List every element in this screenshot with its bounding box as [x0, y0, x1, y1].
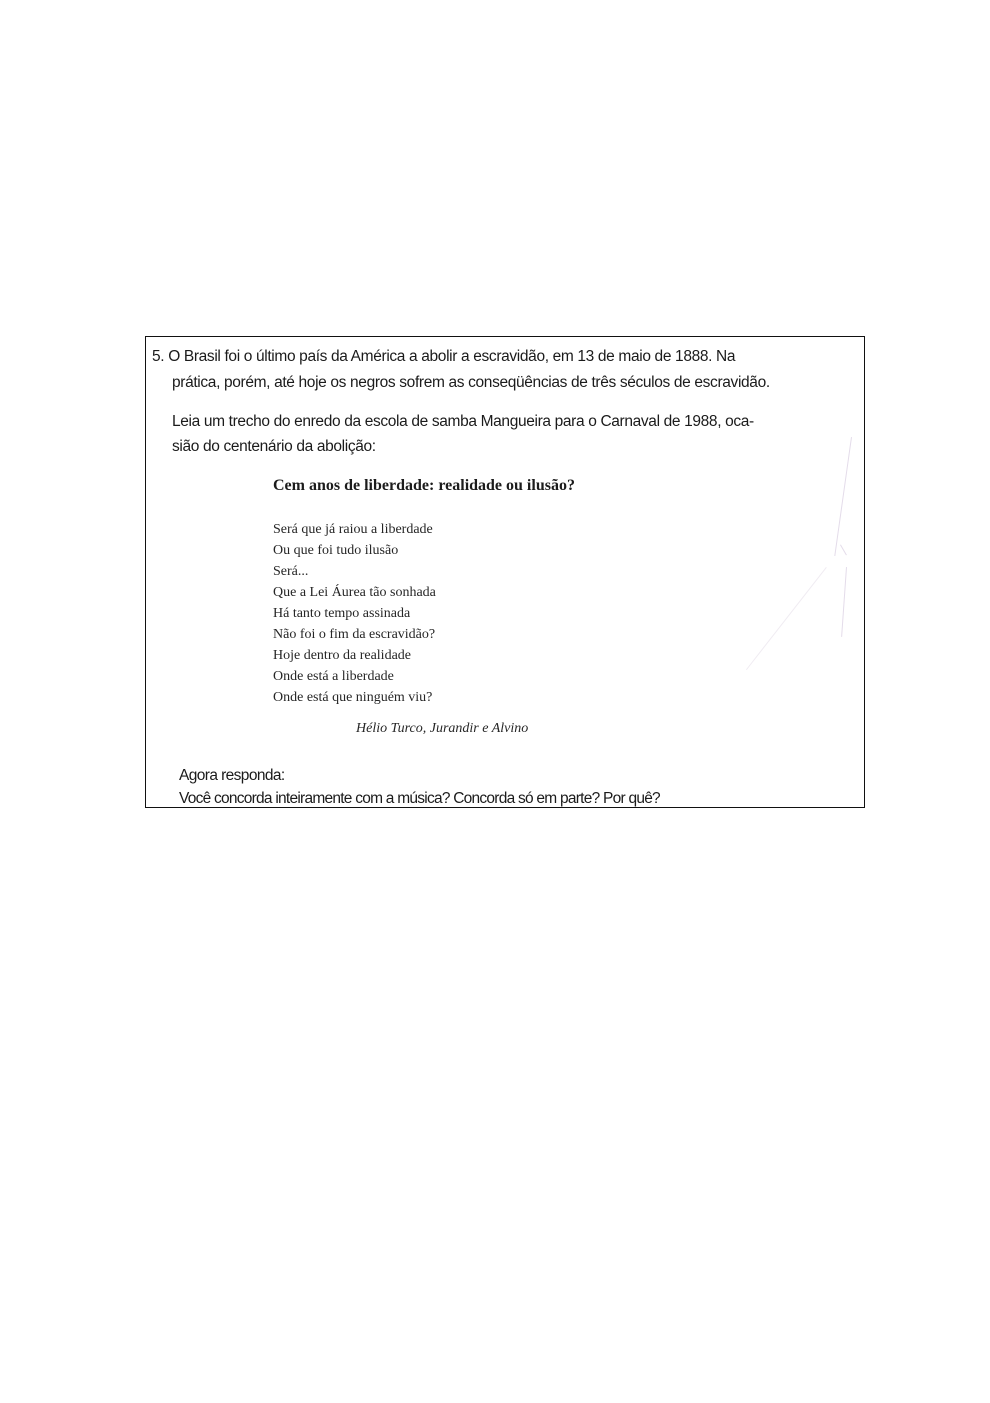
exercise-intro-line-2: prática, porém, até hoje os negros sofre…	[172, 374, 770, 392]
exercise-question: Você concorda inteiramente com a música?…	[179, 790, 660, 808]
poem-verse: Ou que foi tudo ilusão	[273, 543, 398, 559]
poem-verse: Será...	[273, 564, 308, 580]
answer-prompt: Agora responda:	[179, 767, 285, 785]
poem-title: Cem anos de liberdade: realidade ou ilus…	[273, 477, 575, 495]
poem-verse: Há tanto tempo assinada	[273, 606, 410, 622]
poem-verse: Será que já raiou a liberdade	[273, 522, 433, 538]
poem-verse: Onde está que ninguém viu?	[273, 690, 432, 706]
exercise-intro-line-1: 5. O Brasil foi o último país da América…	[152, 348, 735, 366]
poem-verse: Hoje dentro da realidade	[273, 648, 411, 664]
pencil-mark	[841, 567, 847, 637]
exercise-number: 5.	[152, 348, 164, 365]
poem-verse: Não foi o fim da escravidão?	[273, 627, 435, 643]
pencil-mark	[840, 545, 847, 556]
poem-authors: Hélio Turco, Jurandir e Alvino	[356, 721, 528, 737]
poem-verse: Que a Lei Áurea tão sonhada	[273, 585, 436, 601]
poem-verse: Onde está a liberdade	[273, 669, 394, 685]
reading-instruction-line-2: sião do centenário da abolição:	[172, 438, 376, 456]
reading-instruction-line-1: Leia um trecho do enredo da escola de sa…	[172, 413, 754, 431]
exercise-intro-text-1: O Brasil foi o último país da América a …	[168, 348, 735, 365]
exercise-box: 5. O Brasil foi o último país da América…	[145, 336, 865, 808]
pencil-mark	[834, 437, 852, 556]
pencil-mark	[746, 567, 827, 670]
